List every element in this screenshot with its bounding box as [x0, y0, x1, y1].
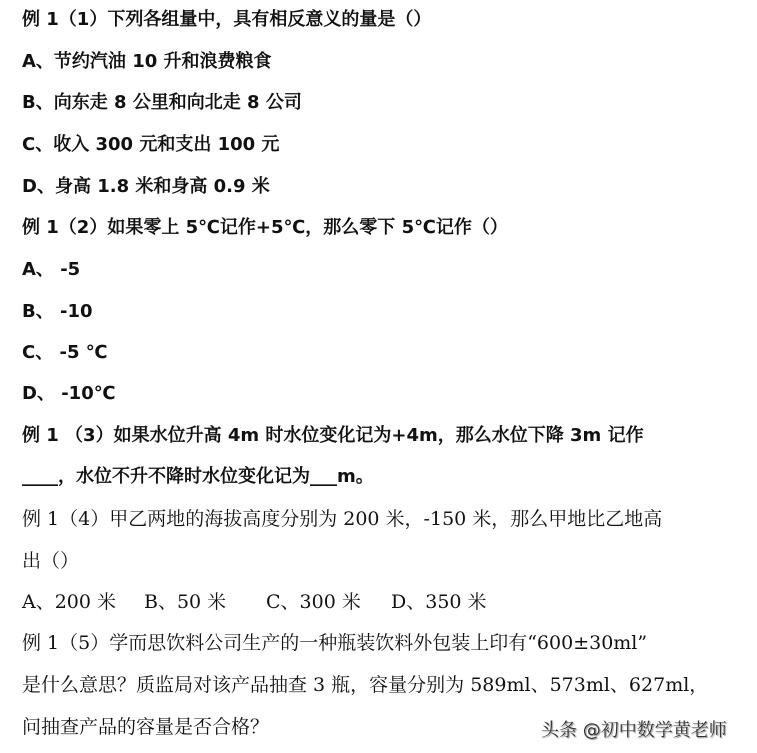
- question-5-line-3: 问抽查产品的容量是否合格？: [22, 715, 269, 739]
- question-4-option-b: B、50 米: [144, 590, 266, 614]
- question-2-option-c: C、 -5 ℃: [22, 341, 108, 365]
- question-2-stem: 例 1（2）如果零上 5℃记作+5℃，那么零下 5℃记作（）: [22, 216, 508, 240]
- question-5-line-2: 是什么意思？质监局对该产品抽查 3 瓶，容量分别为 589ml、573ml、62…: [22, 673, 708, 697]
- question-5-line-1: 例 1（5）学而思饮料公司生产的一种瓶装饮料外包装上印有“600±30ml”: [22, 631, 647, 655]
- question-3-line-1: 例 1 （3）如果水位升高 4m 时水位变化记为+4m，那么水位下降 3m 记作: [22, 424, 644, 448]
- question-2-option-b: B、 -10: [22, 300, 93, 324]
- question-4-option-d: D、350 米: [391, 590, 487, 614]
- question-1-option-d: D、身高 1.8 米和身高 0.9 米: [22, 175, 270, 199]
- question-1-option-c: C、收入 300 元和支出 100 元: [22, 133, 279, 157]
- question-2-option-a: A、 -5: [22, 258, 80, 282]
- question-4-line-2: 出（）: [22, 549, 79, 573]
- question-1-stem: 例 1（1）下列各组量中，具有相反意义的量是（）: [22, 8, 431, 32]
- question-4-option-a: A、200 米: [22, 590, 144, 614]
- question-1-option-b: B、向东走 8 公里和向北走 8 公司: [22, 91, 302, 115]
- question-4-option-c: C、300 米: [266, 590, 391, 614]
- question-3-line-2: ____，水位不升不降时水位变化记为___m。: [22, 465, 374, 489]
- question-4-line-1: 例 1（4）甲乙两地的海拔高度分别为 200 米，-150 米，那么甲地比乙地高: [22, 507, 662, 531]
- watermark: 头条 @初中数学黄老师: [541, 716, 727, 742]
- question-2-option-d: D、 -10℃: [22, 382, 116, 406]
- question-1-option-a: A、节约汽油 10 升和浪费粮食: [22, 50, 272, 74]
- document-page: 例 1（1）下列各组量中，具有相反意义的量是（） A、节约汽油 10 升和浪费粮…: [0, 0, 757, 753]
- question-4-options: A、200 米B、50 米C、300 米D、350 米: [22, 590, 487, 614]
